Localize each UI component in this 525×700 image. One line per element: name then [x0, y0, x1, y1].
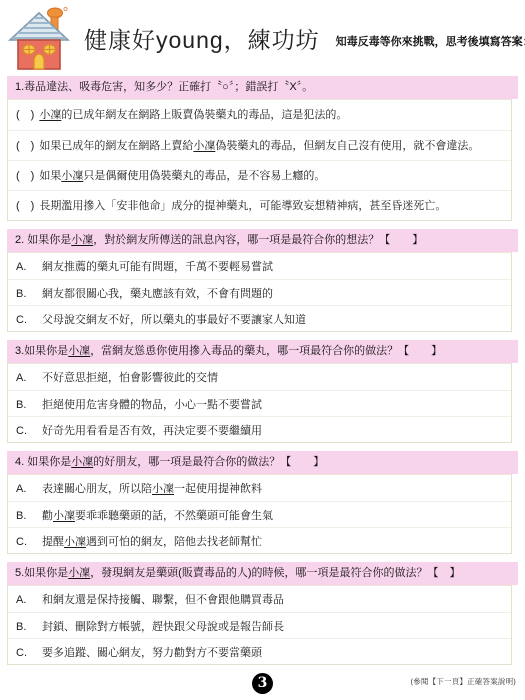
- page-number-badge: 3: [252, 673, 273, 694]
- item-text: 長期濫用摻入「安非他命」成分的提神藥丸，可能導致妄想精神病，甚至昏迷死亡。: [39, 199, 505, 213]
- text-segment: 要乖乖聽藥頭的話，不然藥頭可能會生氣: [75, 510, 273, 522]
- text-segment: 5.如果你是: [15, 567, 68, 579]
- choice-item: A.和網友還是保持接觸、聯繫，但不會跟他購買毒品: [8, 586, 511, 612]
- text-segment: 父母說交網友不好，所以藥丸的事最好不要讓家人知道: [42, 314, 306, 326]
- text-segment: 4. 如果你是: [15, 456, 71, 468]
- question-4-body: A.表達關心朋友，所以陪小凜一起使用提神飲料B.勸小凜要乖乖聽藥頭的話，不然藥頭…: [7, 474, 512, 554]
- question-4-header: 4. 如果你是小凜的好朋友，哪一項是最符合你的做法？【 】: [7, 451, 518, 474]
- option-letter: B.: [16, 287, 42, 301]
- true-false-item: ( )長期濫用摻入「安非他命」成分的提神藥丸，可能導致妄想精神病，甚至昏迷死亡。: [8, 190, 511, 220]
- text-segment: 網友推薦的藥丸可能有問題，千萬不要輕易嘗試: [42, 261, 273, 273]
- question-section-4: 4. 如果你是小凜的好朋友，哪一項是最符合你的做法？【 】 A.表達關心朋友，所…: [7, 451, 518, 554]
- text-segment: 要多追蹤、關心網友，努力勸對方不要當藥頭: [42, 647, 262, 659]
- text-segment: 不好意思拒絕，怕會影響彼此的交情: [42, 372, 218, 384]
- question-section-5: 5.如果你是小凜，發現網友是藥頭(販賣毒品的人)的時候，哪一項是最符合你的做法？…: [7, 562, 518, 665]
- item-text: 如果已成年的網友在網路上賣給小凜偽裝藥丸的毒品，但網友自己沒有使用，就不會違法。: [39, 139, 505, 153]
- question-5-body: A.和網友還是保持接觸、聯繫，但不會跟他購買毒品B.封鎖、刪除對方帳號，趕快跟父…: [7, 585, 512, 665]
- text-segment: 好奇先用看看是否有效，再決定要不要繼續用: [42, 425, 262, 437]
- answer-blank[interactable]: ( ): [16, 169, 34, 183]
- text-segment: 長期濫用摻入「安非他命」成分的提神藥丸，可能導致妄想精神病，甚至昏迷死亡。: [39, 200, 446, 212]
- text-segment: ，發現網友是藥頭(販賣毒品的人)的時候，哪一項是最符合你的做法？【 】: [90, 567, 460, 579]
- page-subtitle: 知毒反毒等你來挑戰，思考後填寫答案：: [336, 33, 525, 49]
- choice-item: C.要多追蹤、關心網友，努力勸對方不要當藥頭: [8, 638, 511, 664]
- item-text: 如果小凜只是偶爾使用偽裝藥丸的毒品，是不容易上癮的。: [39, 169, 505, 183]
- character-name: 小凜: [71, 456, 93, 468]
- option-letter: A.: [16, 260, 42, 274]
- true-false-item: ( )小凜的已成年網友在網路上販賣偽裝藥丸的毒品，這是犯法的。: [8, 100, 511, 130]
- answer-blank[interactable]: ( ): [16, 139, 34, 153]
- choice-item: C.父母說交網友不好，所以藥丸的事最好不要讓家人知道: [8, 305, 511, 331]
- character-name: 小凜: [64, 536, 86, 548]
- question-section-3: 3.如果你是小凜，當網友慫恿你使用摻入毒品的藥丸，哪一項最符合你的做法？【 】 …: [7, 340, 518, 443]
- option-letter: B.: [16, 398, 42, 412]
- text-segment: 提醒: [42, 536, 64, 548]
- answer-blank[interactable]: ( ): [16, 199, 34, 213]
- item-text: 不好意思拒絕，怕會影響彼此的交情: [42, 371, 505, 385]
- item-text: 封鎖、刪除對方帳號，趕快跟父母說或是報告師長: [42, 620, 505, 634]
- choice-item: B.網友都很關心我，藥丸應該有效，不會有問題的: [8, 279, 511, 305]
- question-section-1: 1.毒品違法、吸毒危害，知多少？正確打〝○〞；錯誤打〝X〞。 ( )小凜的已成年…: [7, 76, 518, 221]
- item-text: 要多追蹤、關心網友，努力勸對方不要當藥頭: [42, 646, 505, 660]
- item-text: 網友推薦的藥丸可能有問題，千萬不要輕易嘗試: [42, 260, 505, 274]
- question-5-header: 5.如果你是小凜，發現網友是藥頭(販賣毒品的人)的時候，哪一項是最符合你的做法？…: [7, 562, 518, 585]
- option-letter: C.: [16, 424, 42, 438]
- question-section-2: 2. 如果你是小凜，對於網友所傳送的訊息內容，哪一項是最符合你的想法？【 】 A…: [7, 229, 518, 332]
- text-segment: 和網友還是保持接觸、聯繫，但不會跟他購買毒品: [42, 594, 284, 606]
- item-text: 好奇先用看看是否有效，再決定要不要繼續用: [42, 424, 505, 438]
- character-name: 小凜: [68, 567, 90, 579]
- choice-item: A.網友推薦的藥丸可能有問題，千萬不要輕易嘗試: [8, 253, 511, 279]
- character-name: 小凜: [53, 510, 75, 522]
- text-segment: ，對於網友所傳送的訊息內容，哪一項是最符合你的想法？【 】: [93, 234, 423, 246]
- text-segment: 勸: [42, 510, 53, 522]
- house-icon: [8, 6, 70, 72]
- choice-item: B.拒絕使用危害身體的物品，小心一點不要嘗試: [8, 390, 511, 416]
- option-letter: C.: [16, 313, 42, 327]
- text-segment: 如果已成年的網友在網路上賣給: [39, 140, 193, 152]
- item-text: 勸小凜要乖乖聽藥頭的話，不然藥頭可能會生氣: [42, 509, 505, 523]
- character-name: 小凜: [71, 234, 93, 246]
- text-segment: 拒絕使用危害身體的物品，小心一點不要嘗試: [42, 399, 262, 411]
- page-title: 健康好young，練功坊: [84, 22, 320, 55]
- text-segment: 2. 如果你是: [15, 234, 71, 246]
- character-name: 小凜: [193, 140, 215, 152]
- answer-blank[interactable]: ( ): [16, 108, 34, 122]
- item-text: 父母說交網友不好，所以藥丸的事最好不要讓家人知道: [42, 313, 505, 327]
- option-letter: A.: [16, 482, 42, 496]
- item-text: 網友都很關心我，藥丸應該有效，不會有問題的: [42, 287, 505, 301]
- true-false-item: ( )如果已成年的網友在網路上賣給小凜偽裝藥丸的毒品，但網友自己沒有使用，就不會…: [8, 130, 511, 160]
- choice-item: C.好奇先用看看是否有效，再決定要不要繼續用: [8, 416, 511, 442]
- true-false-item: ( )如果小凜只是偶爾使用偽裝藥丸的毒品，是不容易上癮的。: [8, 160, 511, 190]
- text-segment: 封鎖、刪除對方帳號，趕快跟父母說或是報告師長: [42, 621, 284, 633]
- worksheet-page: 健康好young，練功坊 知毒反毒等你來挑戰，思考後填寫答案： 1.毒品違法、吸…: [0, 0, 525, 700]
- choice-item: B.勸小凜要乖乖聽藥頭的話，不然藥頭可能會生氣: [8, 501, 511, 527]
- option-letter: A.: [16, 371, 42, 385]
- text-segment: 遇到可怕的網友，陪他去找老師幫忙: [86, 536, 262, 548]
- text-segment: ，當網友慫恿你使用摻入毒品的藥丸，哪一項最符合你的做法？【 】: [90, 345, 442, 357]
- option-letter: B.: [16, 620, 42, 634]
- text-segment: 1.毒品違法、吸毒危害，知多少？正確打〝○〞；錯誤打〝X〞。: [15, 81, 313, 93]
- option-letter: B.: [16, 509, 42, 523]
- choice-item: B.封鎖、刪除對方帳號，趕快跟父母說或是報告師長: [8, 612, 511, 638]
- option-letter: A.: [16, 593, 42, 607]
- text-segment: 只是偶爾使用偽裝藥丸的毒品，是不容易上癮的。: [83, 170, 325, 182]
- question-3-header: 3.如果你是小凜，當網友慫恿你使用摻入毒品的藥丸，哪一項最符合你的做法？【 】: [7, 340, 518, 363]
- question-1-header: 1.毒品違法、吸毒危害，知多少？正確打〝○〞；錯誤打〝X〞。: [7, 76, 518, 99]
- question-2-header: 2. 如果你是小凜，對於網友所傳送的訊息內容，哪一項是最符合你的想法？【 】: [7, 229, 518, 252]
- question-3-body: A.不好意思拒絕，怕會影響彼此的交情B.拒絕使用危害身體的物品，小心一點不要嘗試…: [7, 363, 512, 443]
- item-text: 表達關心朋友，所以陪小凜一起使用提神飲料: [42, 482, 505, 496]
- choice-item: A.不好意思拒絕，怕會影響彼此的交情: [8, 364, 511, 390]
- character-name: 小凜: [61, 170, 83, 182]
- question-2-body: A.網友推薦的藥丸可能有問題，千萬不要輕易嘗試B.網友都很關心我，藥丸應該有效，…: [7, 252, 512, 332]
- item-text: 小凜的已成年網友在網路上販賣偽裝藥丸的毒品，這是犯法的。: [39, 108, 505, 122]
- character-name: 小凜: [152, 483, 174, 495]
- question-1-body: ( )小凜的已成年網友在網路上販賣偽裝藥丸的毒品，這是犯法的。( )如果已成年的…: [7, 99, 512, 221]
- text-segment: 的好朋友，哪一項是最符合你的做法？【 】: [93, 456, 324, 468]
- character-name: 小凜: [68, 345, 90, 357]
- choice-item: C.提醒小凜遇到可怕的網友，陪他去找老師幫忙: [8, 527, 511, 553]
- item-text: 拒絕使用危害身體的物品，小心一點不要嘗試: [42, 398, 505, 412]
- text-segment: 的已成年網友在網路上販賣偽裝藥丸的毒品，這是犯法的。: [61, 109, 347, 121]
- text-segment: 3.如果你是: [15, 345, 68, 357]
- text-segment: 網友都很關心我，藥丸應該有效，不會有問題的: [42, 288, 273, 300]
- choice-item: A.表達關心朋友，所以陪小凜一起使用提神飲料: [8, 475, 511, 501]
- text-segment: 一起使用提神飲料: [174, 483, 262, 495]
- text-segment: 如果: [39, 170, 61, 182]
- page-header: 健康好young，練功坊 知毒反毒等你來挑戰，思考後填寫答案：: [0, 0, 525, 76]
- character-name: 小凜: [39, 109, 61, 121]
- answer-reference-note: (參閱【下一頁】正確答案說明): [411, 676, 517, 687]
- option-letter: C.: [16, 646, 42, 660]
- option-letter: C.: [16, 535, 42, 549]
- item-text: 提醒小凜遇到可怕的網友，陪他去找老師幫忙: [42, 535, 505, 549]
- text-segment: 表達關心朋友，所以陪: [42, 483, 152, 495]
- text-segment: 偽裝藥丸的毒品，但網友自己沒有使用，就不會違法。: [215, 140, 479, 152]
- item-text: 和網友還是保持接觸、聯繫，但不會跟他購買毒品: [42, 593, 505, 607]
